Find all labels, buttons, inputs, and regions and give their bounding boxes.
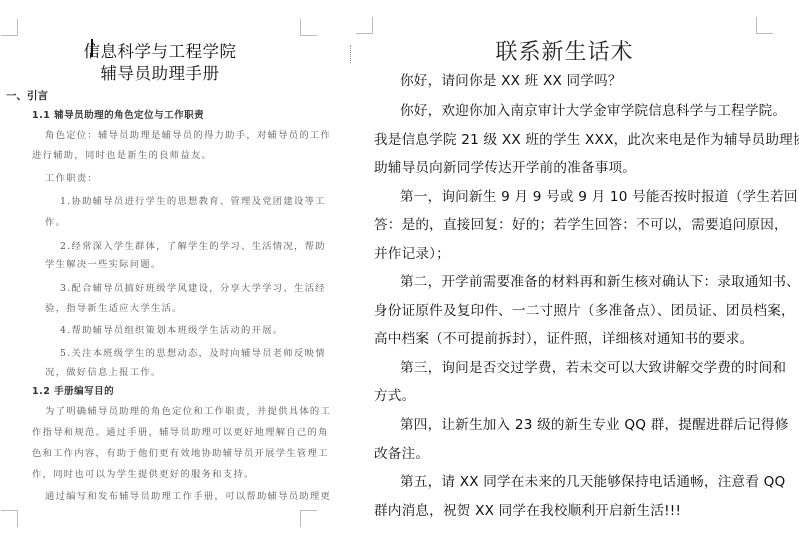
script-line[interactable]: 助辅导员向新同学传达开学前的准备事项。: [374, 156, 636, 176]
script-step-2[interactable]: 第二，开学前需要准备的材料再和新生核对确认下：录取通知书、: [400, 270, 799, 290]
document-page-left: 信息科学与工程学院 辅导员助理手册 一、引言 1.1 辅导员助理的角色定位与工作…: [0, 0, 320, 548]
paragraph-line[interactable]: 通过编写和发布辅导员助理工作手册，可以帮助辅导员助理更: [45, 488, 331, 502]
list-item-1-cont[interactable]: 作。: [45, 214, 66, 228]
paragraph-line[interactable]: 角色定位：辅导员助理是辅导员的得力助手，对辅导员的工作: [45, 127, 331, 141]
doc-title[interactable]: 信息科学与工程学院: [0, 38, 320, 62]
paragraph-line[interactable]: 色和工作内容，有助于他们更有效地协助辅导员开展学生管理工: [32, 445, 329, 459]
list-item-2-cont[interactable]: 学生解决一些实际问题。: [45, 256, 162, 270]
list-item-1[interactable]: 1.协助辅导员进行学生的思想教育、管理及党团建设等工: [60, 193, 326, 207]
list-item-3-cont[interactable]: 验，指导新生适应大学生活。: [45, 300, 183, 314]
heading-1-2[interactable]: 1.2 手册编写目的: [32, 383, 114, 397]
paragraph-line[interactable]: 为了明确辅导员助理的角色定位和工作职责，并提供具体的工: [45, 403, 331, 417]
script-step-2-cont[interactable]: 高中档案（不可提前拆封），证件照，详细核对通知书的要求。: [374, 327, 753, 347]
paragraph-line[interactable]: 进行辅助，同时也是新生的良师益友。: [32, 147, 212, 161]
script-greeting[interactable]: 你好，请问你是 XX 班 XX 同学吗？: [400, 69, 622, 89]
page-corner-mark-top-left: [1, 19, 18, 36]
page-corner-mark-top-right: [756, 17, 773, 34]
script-step-1-cont[interactable]: 答：是的，直接回复：好的；若学生回答：不可以，需要追问原因，: [374, 213, 788, 233]
list-item-3[interactable]: 3.配合辅导员搞好班级学风建设，分享大学学习、生活经: [60, 280, 326, 294]
doc-subtitle[interactable]: 辅导员助理手册: [0, 60, 320, 84]
script-step-3-cont[interactable]: 方式。: [374, 384, 415, 404]
paragraph-line[interactable]: 作，同时也可以为学生提供更好的服务和支持。: [32, 466, 255, 480]
page-corner-mark-bottom-right: [300, 510, 317, 527]
list-item-5-cont[interactable]: 况，做好信息上报工作。: [45, 364, 162, 378]
page-corner-mark-bottom-left: [1, 510, 18, 527]
page-corner-mark-top-right: [300, 19, 317, 36]
script-step-2-cont[interactable]: 身份证原件及复印件、一二寸照片（多准备点）、团员证、团员档案，: [374, 299, 795, 319]
paragraph-line[interactable]: 工作职责：: [45, 170, 98, 184]
list-item-5[interactable]: 5.关注本班级学生的思想动态，及时向辅导员老师反映情: [60, 345, 326, 359]
script-step-5[interactable]: 第五，请 XX 同学在未来的几天能够保持电话通畅，注意看 QQ: [400, 470, 785, 490]
paragraph-line[interactable]: 作指导和规范。通过手册，辅导员助理可以更好地理解自己的角: [32, 424, 329, 438]
script-step-4-cont[interactable]: 改备注。: [374, 442, 429, 462]
script-step-5-cont[interactable]: 群内消息，祝贺 XX 同学在我校顺利开启新生活!!!: [374, 499, 681, 519]
script-step-3[interactable]: 第三，询问是否交过学费，若未交可以大致讲解交学费的时间和: [400, 356, 786, 376]
document-page-right: 联系新生话术 你好，请问你是 XX 班 XX 同学吗？ 你好，欢迎你加入南京审计…: [330, 0, 799, 548]
list-item-4[interactable]: 4.帮助辅导员组织策划本班级学生活动的开展。: [60, 322, 283, 336]
script-step-1[interactable]: 第一，询问新生 9 月 9 号或 9 月 10 号能否按时报道（学生若回: [400, 185, 798, 205]
script-line[interactable]: 你好，欢迎你加入南京审计大学金审学院信息科学与工程学院。: [400, 99, 786, 119]
script-step-1-cont[interactable]: 并作记录）；: [374, 242, 450, 262]
heading-1-1[interactable]: 1.1 辅导员助理的角色定位与工作职责: [32, 107, 204, 121]
list-item-2[interactable]: 2.经常深入学生群体，了解学生的学习、生活情况，帮助: [60, 238, 326, 252]
doc-title[interactable]: 联系新生话术: [330, 35, 799, 66]
heading-introduction[interactable]: 一、引言: [6, 88, 48, 103]
script-step-4[interactable]: 第四，让新生加入 23 级的新生专业 QQ 群，提醒进群后记得修: [400, 413, 789, 433]
page-corner-mark-top-left: [356, 17, 373, 34]
script-line[interactable]: 我是信息学院 21 级 XX 班的学生 XXX，此次来电是作为辅导员助理协: [374, 128, 799, 148]
